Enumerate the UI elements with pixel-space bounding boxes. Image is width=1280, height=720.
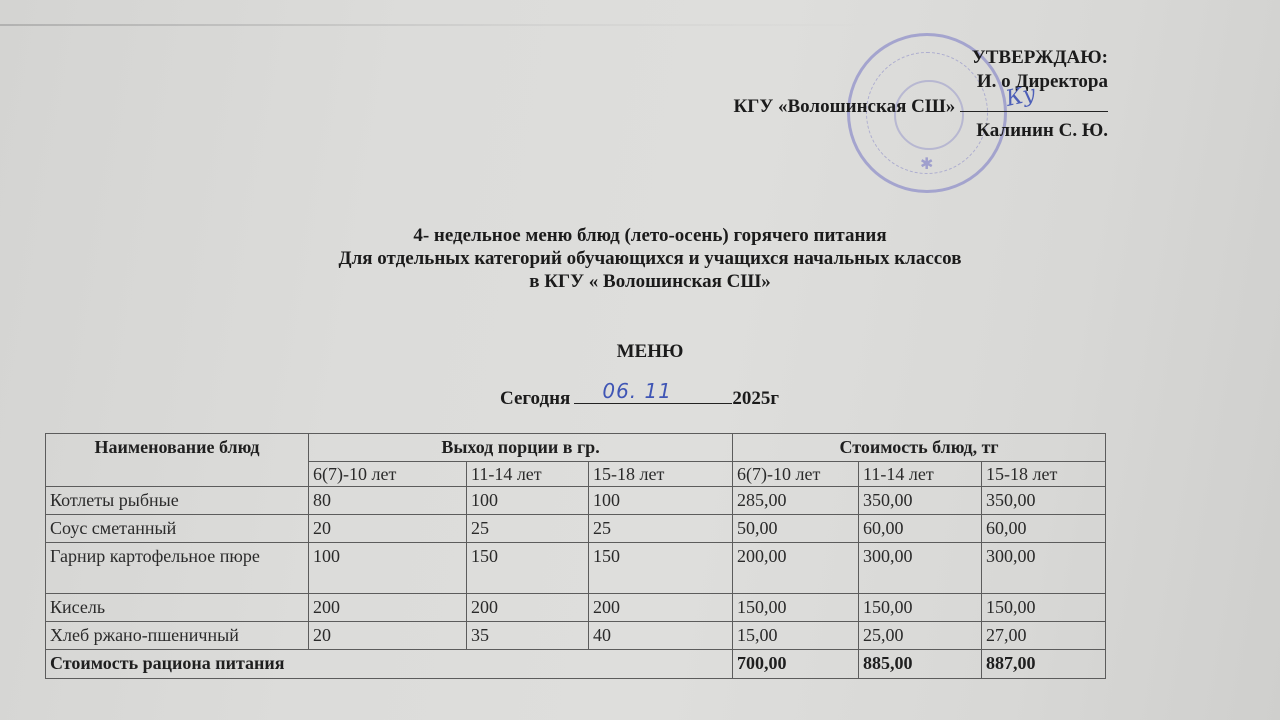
portion-cell: 200 <box>589 594 733 622</box>
cost-group-header: Стоимость блюд, тг <box>733 434 1106 462</box>
approval-block: УТВЕРЖДАЮ: И. о Директора КГУ «Волошинск… <box>733 46 1108 143</box>
cost-cell: 25,00 <box>859 622 982 650</box>
dish-name: Хлеб ржано-пшеничный <box>46 622 309 650</box>
title-line-2: Для отдельных категорий обучающихся и уч… <box>0 247 1280 270</box>
portion-cell: 25 <box>589 515 733 543</box>
menu-table: Наименование блюд Выход порции в гр. Сто… <box>45 433 1106 679</box>
table-row: Гарнир картофельное пюре 100 150 150 200… <box>46 543 1106 594</box>
cost-age-header: 15-18 лет <box>982 462 1106 487</box>
cost-cell: 150,00 <box>733 594 859 622</box>
approval-position: И. о Директора <box>733 70 1108 94</box>
paper-fold-line <box>0 24 1280 26</box>
dish-name: Котлеты рыбные <box>46 487 309 515</box>
table-total-row: Стоимость рациона питания 700,00 885,00 … <box>46 650 1106 679</box>
cost-cell: 150,00 <box>859 594 982 622</box>
portion-cell: 20 <box>309 622 467 650</box>
cost-cell: 200,00 <box>733 543 859 594</box>
table-row: Соус сметанный 20 25 25 50,00 60,00 60,0… <box>46 515 1106 543</box>
portion-cell: 80 <box>309 487 467 515</box>
dish-name: Гарнир картофельное пюре <box>46 543 309 594</box>
portion-cell: 40 <box>589 622 733 650</box>
table-row: Кисель 200 200 200 150,00 150,00 150,00 <box>46 594 1106 622</box>
cost-cell: 350,00 <box>859 487 982 515</box>
portion-age-header: 6(7)-10 лет <box>309 462 467 487</box>
cost-cell: 285,00 <box>733 487 859 515</box>
portion-group-header: Выход порции в гр. <box>309 434 733 462</box>
total-label: Стоимость рациона питания <box>46 650 733 679</box>
signature-line: Ку <box>960 94 1108 112</box>
total-cost-cell: 700,00 <box>733 650 859 679</box>
portion-cell: 100 <box>589 487 733 515</box>
portion-cell: 100 <box>467 487 589 515</box>
portion-cell: 150 <box>467 543 589 594</box>
dish-column-header: Наименование блюд <box>46 434 309 487</box>
cost-cell: 300,00 <box>859 543 982 594</box>
date-label: Сегодня <box>500 388 570 409</box>
cost-cell: 60,00 <box>982 515 1106 543</box>
cost-cell: 150,00 <box>982 594 1106 622</box>
portion-age-header: 15-18 лет <box>589 462 733 487</box>
dish-name: Кисель <box>46 594 309 622</box>
table-row: Котлеты рыбные 80 100 100 285,00 350,00 … <box>46 487 1106 515</box>
cost-cell: 27,00 <box>982 622 1106 650</box>
approval-organization: КГУ «Волошинская СШ» <box>733 96 955 117</box>
signature: Ку <box>1004 82 1038 112</box>
total-cost-cell: 887,00 <box>982 650 1106 679</box>
document-title: 4- недельное меню блюд (лето-осень) горя… <box>0 224 1280 293</box>
title-line-1: 4- недельное меню блюд (лето-осень) горя… <box>0 224 1280 247</box>
portion-cell: 35 <box>467 622 589 650</box>
cost-cell: 50,00 <box>733 515 859 543</box>
cost-cell: 60,00 <box>859 515 982 543</box>
portion-cell: 200 <box>309 594 467 622</box>
approval-organization-line: КГУ «Волошинская СШ» Ку <box>733 94 1108 119</box>
dish-name: Соус сметанный <box>46 515 309 543</box>
portion-cell: 20 <box>309 515 467 543</box>
cost-cell: 300,00 <box>982 543 1106 594</box>
date-handwritten-value: 06. 11 <box>602 379 672 403</box>
total-cost-cell: 885,00 <box>859 650 982 679</box>
portion-cell: 200 <box>467 594 589 622</box>
table-header-row: Наименование блюд Выход порции в гр. Сто… <box>46 434 1106 462</box>
approval-heading: УТВЕРЖДАЮ: <box>733 46 1108 70</box>
portion-cell: 25 <box>467 515 589 543</box>
title-line-3: в КГУ « Волошинская СШ» <box>0 270 1280 293</box>
cost-cell: 15,00 <box>733 622 859 650</box>
table-row: Хлеб ржано-пшеничный 20 35 40 15,00 25,0… <box>46 622 1106 650</box>
portion-age-header: 11-14 лет <box>467 462 589 487</box>
portion-cell: 100 <box>309 543 467 594</box>
cost-age-header: 6(7)-10 лет <box>733 462 859 487</box>
date-line: Сегодня06. 112025г <box>500 385 779 410</box>
date-blank: 06. 11 <box>574 385 732 404</box>
cost-age-header: 11-14 лет <box>859 462 982 487</box>
date-year: 2025г <box>732 388 779 409</box>
menu-heading: МЕНЮ <box>0 341 1280 363</box>
cost-cell: 350,00 <box>982 487 1106 515</box>
approval-name: Калинин С. Ю. <box>733 119 1108 143</box>
portion-cell: 150 <box>589 543 733 594</box>
stamp-star-icon: ✱ <box>920 154 933 174</box>
